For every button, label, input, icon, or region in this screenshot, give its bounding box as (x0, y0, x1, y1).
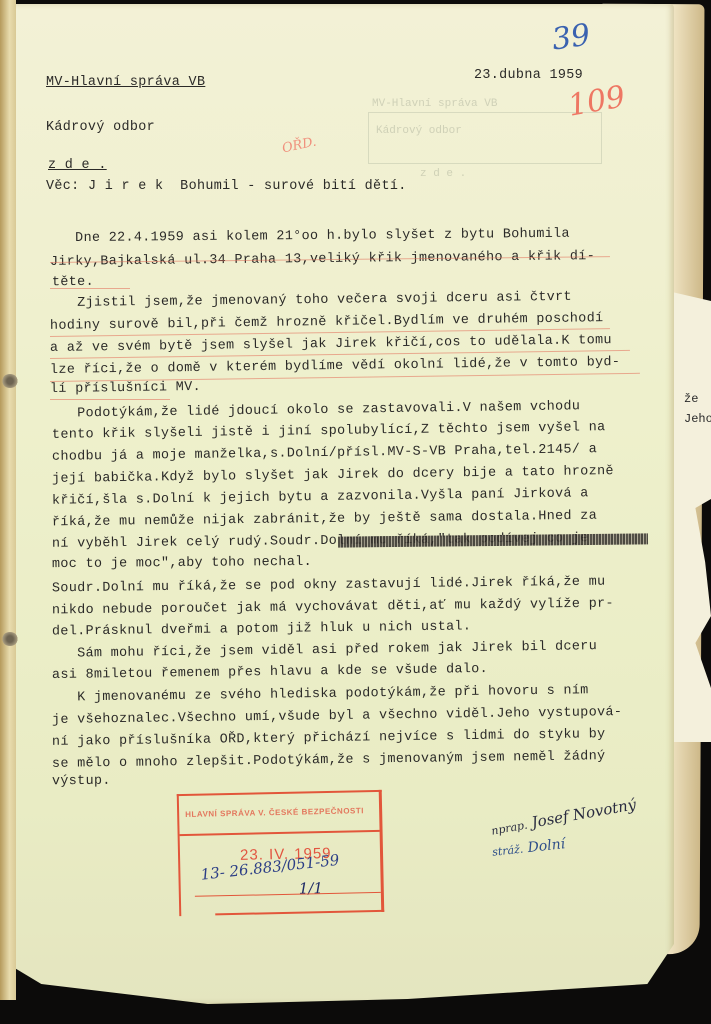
subject-line: Věc: J i r e k Bohumil - surové bití dět… (46, 180, 407, 193)
sender-heading: MV-Hlavní správa VB (46, 76, 205, 89)
subject-text: - surové bití dětí. (239, 179, 407, 194)
binding-hole (2, 632, 18, 646)
binding-edge (0, 0, 16, 1000)
stamp-divider (195, 892, 381, 897)
body-line: výstup. (52, 775, 111, 789)
attached-sheet-fragment: Jeho (684, 412, 711, 426)
location: z d e . (48, 159, 107, 172)
attached-sheet (672, 292, 711, 742)
body-line: lí příslušníci MV. (50, 381, 201, 397)
subject-label: Věc: (46, 179, 80, 194)
document-scan: že Jeho MV-Hlavní správa VB Kádrový odbo… (0, 0, 711, 1024)
faint-offset-box (368, 112, 602, 164)
faint-offset-text: z d e . (420, 168, 466, 180)
faint-offset-text: Kádrový odbor (376, 125, 462, 137)
red-underline (50, 288, 130, 289)
department: Kádrový odbor (46, 121, 155, 134)
subject-name: J i r e k Bohumil (88, 179, 239, 194)
faint-offset-text: MV-Hlavní správa VB (372, 98, 497, 110)
binding-hole (2, 374, 18, 388)
red-underline (50, 399, 170, 400)
stamp-subnumber: 1/1 (299, 879, 324, 898)
body-line: moc to je moc",aby toho nechal. (52, 556, 312, 572)
letter-date: 23.dubna 1959 (474, 69, 583, 82)
stamp-header: HLAVNÍ SPRÁVA V. ČESKÉ BEZPEČNOSTI (185, 806, 364, 819)
page-number-blue: 39 (550, 18, 593, 58)
attached-sheet-fragment: že (684, 392, 698, 406)
signature-rank: stráž. (492, 843, 524, 859)
receipt-stamp: HLAVNÍ SPRÁVA V. ČESKÉ BEZPEČNOSTI 23. I… (177, 790, 385, 916)
stamp-divider (180, 830, 380, 836)
